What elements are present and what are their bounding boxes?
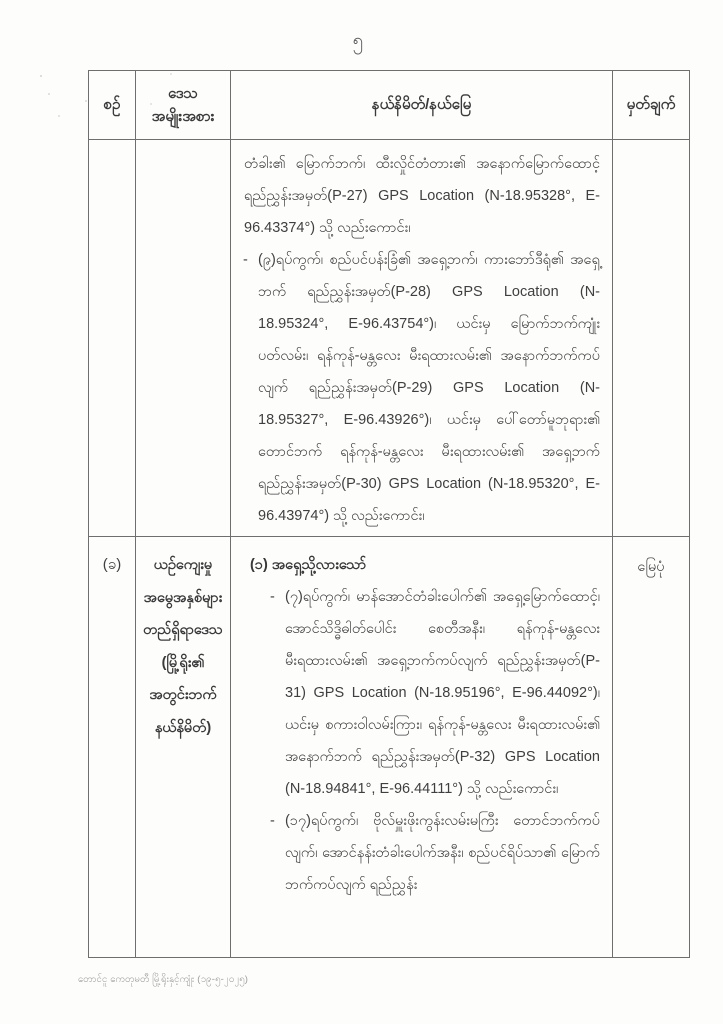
row1-continuation-paragraph: တံခါး၏ မြောက်ဘက်၊ ထီးလှိုင်တံတား၏ အနောက်… bbox=[243, 148, 600, 244]
row2-serial-cell: (ခ) bbox=[89, 537, 136, 957]
bullet-dash: - bbox=[243, 244, 258, 532]
row2-boundary-cell: (၁) အရှေ့သို့လားသော် - (၇)ရပ်ကွက်၊ မာန်အ… bbox=[231, 537, 613, 957]
scanned-document-page: { "page": { "number": "၅", "footer": "တေ… bbox=[0, 0, 723, 1024]
boundary-table: စဉ် ဒေသ အမျိုးအစား နယ်နိမိတ်/နယ်မြေ မှတ်… bbox=[88, 70, 690, 958]
row1-bullet-text: (၉)ရပ်ကွက်၊ စည်ပင်ပန်းခြံ၏ အရှေ့ဘက်၊ ကား… bbox=[258, 244, 600, 532]
row1-bullet-item: - (၉)ရပ်ကွက်၊ စည်ပင်ပန်းခြံ၏ အရှေ့ဘက်၊ က… bbox=[243, 244, 600, 532]
row1-remark-cell bbox=[613, 140, 689, 537]
row1-boundary-cell: တံခါး၏ မြောက်ဘက်၊ ထီးလှိုင်တံတား၏ အနောက်… bbox=[231, 140, 613, 537]
bullet-dash: - bbox=[270, 805, 285, 901]
row2-bullet-text-2: (၁၇)ရပ်ကွက်၊ ဗိုလ်မှူးဖိုးကွန်းလမ်းမကြီး… bbox=[285, 805, 600, 901]
row2-region-type-cell: ယဉ်ကျေးမှု အမွေအနှစ်များ တည်ရှိရာဒေသ (မြ… bbox=[136, 537, 231, 957]
row2-remark-cell: မြေပုံ bbox=[613, 537, 689, 957]
header-cell-region-type: ဒေသ အမျိုးအစား bbox=[136, 71, 231, 140]
row1-serial-cell bbox=[89, 140, 136, 537]
header-cell-serial: စဉ် bbox=[89, 71, 136, 140]
bullet-dash: - bbox=[270, 581, 285, 805]
row1-region-type-cell bbox=[136, 140, 231, 537]
row2-section-heading: (၁) အရှေ့သို့လားသော် bbox=[243, 549, 600, 581]
row2-bullet-item-2: - (၁၇)ရပ်ကွက်၊ ဗိုလ်မှူးဖိုးကွန်းလမ်းမကြ… bbox=[270, 805, 600, 901]
scan-noise-specks bbox=[40, 75, 42, 77]
row2-bullet-item-1: - (၇)ရပ်ကွက်၊ မာန်အောင်တံခါးပေါက်၏ အရှေ့… bbox=[270, 581, 600, 805]
header-cell-remark: မှတ်ချက် bbox=[613, 71, 689, 140]
footer-note: တောင်ငူ ကေတုမတီ မြို့ရိုးနှင့်ကျုံး (၁၉-… bbox=[78, 973, 248, 987]
page-number: ၅ bbox=[330, 28, 386, 56]
row2-bullet-text-1: (၇)ရပ်ကွက်၊ မာန်အောင်တံခါးပေါက်၏ အရှေ့မြ… bbox=[285, 581, 600, 805]
row2-bullet-list: - (၇)ရပ်ကွက်၊ မာန်အောင်တံခါးပေါက်၏ အရှေ့… bbox=[243, 581, 600, 901]
header-cell-boundary: နယ်နိမိတ်/နယ်မြေ bbox=[231, 71, 613, 140]
